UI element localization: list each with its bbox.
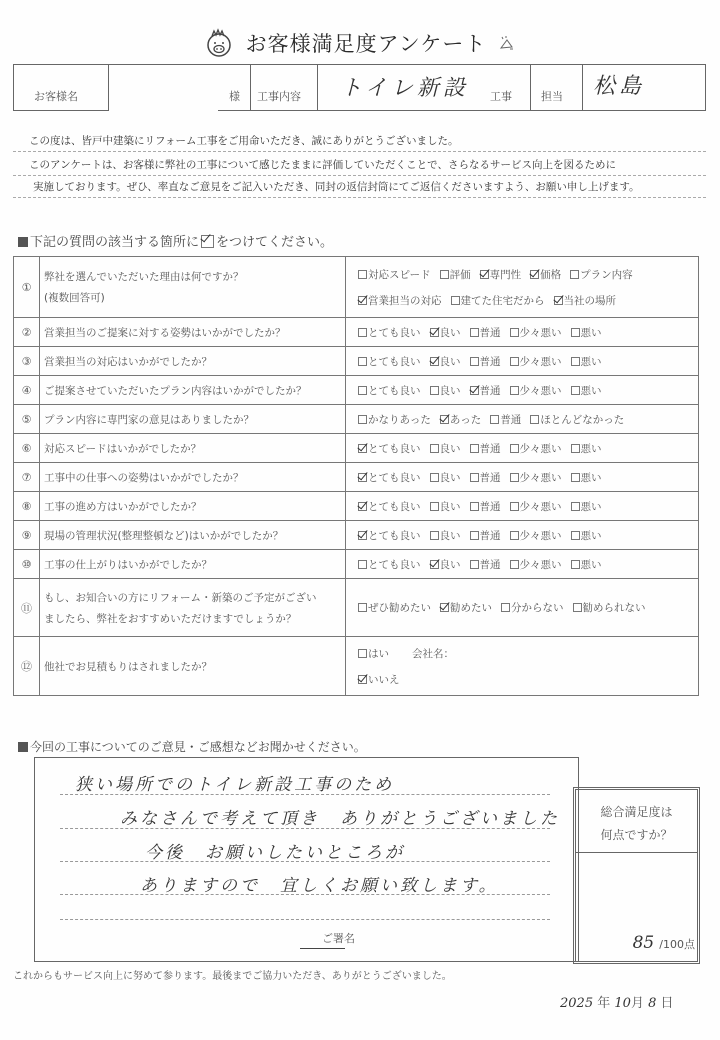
staff-field[interactable]: 松島 [582,64,706,111]
option-とても良い[interactable]: とても良い [358,354,421,369]
question-text-line: 弊社を選んでいただいた理由は何ですか？ [44,269,345,284]
boar-mascot-icon [204,28,234,58]
rule-line [60,919,550,920]
honorific-label: 様 [229,88,240,104]
staff-value: 松島 [593,69,645,100]
checkbox-checked-icon[interactable] [430,560,439,569]
option-label: 少々悪い [520,443,562,455]
option-普通[interactable]: 普通 [470,441,501,456]
question-text: 工事の進め方はいかがでしたか？ [40,492,346,521]
option-label: 悪い [581,472,602,484]
option-はい[interactable]: はい [358,646,389,661]
option-ほとんどなかった[interactable]: ほとんどなかった [530,412,624,427]
option-label: とても良い [368,356,421,368]
underline [218,110,250,111]
question-text: 他社でお見積もりはされましたか？ [40,637,346,696]
option-とても良い[interactable]: とても良い [358,470,421,485]
option-とても良い[interactable]: とても良い [358,499,421,514]
question-row: ⑤プラン内容に専門家の意見はありましたか？かなりあったあった普通ほとんどなかった [14,405,699,434]
question-number: ⑪ [14,579,40,637]
answer-options: とても良い良い普通少々悪い悪い [346,434,699,463]
question-text: 工事の仕上がりはいかがでしたか？ [40,550,346,579]
question-number: ① [14,257,40,318]
option-良い[interactable]: 良い [430,528,461,543]
option-label: 悪い [581,356,602,368]
option-label: 少々悪い [520,327,562,339]
work-content-label: 工事内容 [257,88,301,104]
checkbox-checked-icon[interactable] [358,444,367,453]
option-良い[interactable]: 良い [430,557,461,572]
option-悪い[interactable]: 悪い [571,383,602,398]
option-label: 悪い [581,327,602,339]
comments-box[interactable]: 狭い場所でのトイレ新設工事のため みなさんで考えて頂き ありがとうございました … [34,757,579,962]
option-label: 普通 [500,414,521,426]
option-少々悪い[interactable]: 少々悪い [510,470,562,485]
option-プラン内容[interactable]: プラン内容 [570,267,633,282]
question-text-line: 営業担当のご提案に対する姿勢はいかがでしたか？ [44,325,345,340]
question-row: ⑫他社でお見積もりはされましたか？はい会社名：いいえ [14,637,699,696]
question-number: ⑫ [14,637,40,696]
option-label: 建てた住宅だから [461,295,545,307]
option-悪い[interactable]: 悪い [571,499,602,514]
checkbox-icon[interactable] [451,296,460,305]
bullet-square-icon [18,742,28,752]
checkbox-icon[interactable] [358,270,367,279]
date-field[interactable]: 2025 年 10月 8 日 [560,992,674,1011]
date-day-unit: 日 [661,996,674,1011]
option-良い[interactable]: 良い [430,383,461,398]
question-text: 営業担当の対応はいかがでしたか？ [40,347,346,376]
checkbox-icon[interactable] [430,386,439,395]
question-text-line: (複数回答可) [44,290,345,305]
checkbox-icon[interactable] [470,531,479,540]
option-悪い[interactable]: 悪い [571,325,602,340]
option-会社名：: 会社名： [412,646,454,661]
question-number: ③ [14,347,40,376]
option-label: 少々悪い [520,356,562,368]
decoration-icon [498,34,516,52]
date-month-unit: 月 [631,996,644,1011]
option-建てた住宅だから[interactable]: 建てた住宅だから [451,293,545,308]
checkbox-icon[interactable] [571,328,580,337]
option-label: 普通 [480,530,501,542]
option-普通[interactable]: 普通 [470,383,501,398]
option-営業担当の対応[interactable]: 営業担当の対応 [358,293,442,308]
option-label: 良い [440,559,461,571]
checkbox-icon[interactable] [358,649,367,658]
option-label: 良い [440,443,461,455]
answer-options: とても良い良い普通少々悪い悪い [346,347,699,376]
checkbox-icon[interactable] [570,270,579,279]
question-row: ⑧工事の進め方はいかがでしたか？とても良い良い普通少々悪い悪い [14,492,699,521]
question-number: ⑤ [14,405,40,434]
option-悪い[interactable]: 悪い [571,470,602,485]
option-label: 対応スピード [368,269,431,281]
option-label: 悪い [581,559,602,571]
option-普通[interactable]: 普通 [470,470,501,485]
checkbox-icon[interactable] [430,444,439,453]
checkbox-icon[interactable] [510,560,519,569]
option-label: 良い [440,327,461,339]
option-label: 勧めたい [450,602,492,614]
answer-options: とても良い良い普通少々悪い悪い [346,521,699,550]
option-label: 普通 [480,385,501,397]
comment-line-2: みなさんで考えて頂き ありがとうございました [120,804,560,829]
option-勧められない[interactable]: 勧められない [573,600,646,615]
score-question: 総合満足度は 何点ですか？ [576,790,697,853]
option-普通[interactable]: 普通 [470,557,501,572]
question-text-line: ましたら、弊社をおすすめいただけますでしょうか？ [44,611,345,626]
checkbox-checked-icon[interactable] [430,357,439,366]
bullet-square-icon [18,237,28,247]
option-label: ぜひ勧めたい [368,602,431,614]
option-普通[interactable]: 普通 [470,528,501,543]
answer-options: ぜひ勧めたい勧めたい分からない勧められない [346,579,699,637]
checkbox-icon[interactable] [510,444,519,453]
question-text-line: 対応スピードはいかがでしたか？ [44,441,345,456]
questions-table: ①弊社を選んでいただいた理由は何ですか？(複数回答可)対応スピード評価専門性価格… [13,256,699,696]
question-number: ⑨ [14,521,40,550]
option-少々悪い[interactable]: 少々悪い [510,557,562,572]
checkbox-icon[interactable] [510,531,519,540]
checkbox-icon[interactable] [510,328,519,337]
score-value: 85 [633,933,655,953]
answer-options: とても良い良い普通少々悪い悪い [346,550,699,579]
work-content-value: トイレ新設 [340,71,469,102]
checkbox-icon[interactable] [358,415,367,424]
option-label: 会社名： [412,648,454,660]
option-普通[interactable]: 普通 [490,412,521,427]
score-field[interactable]: 85 /100点 [633,933,695,953]
option-label: あった [450,414,481,426]
checkbox-checked-icon[interactable] [470,386,479,395]
checkbox-icon[interactable] [571,386,580,395]
question-number: ⑧ [14,492,40,521]
option-label: プラン内容 [580,269,633,281]
option-label: 少々悪い [520,385,562,397]
option-とても良い[interactable]: とても良い [358,441,421,456]
comment-line-4: ありますので 宜しくお願い致します。 [140,871,499,896]
option-いいえ[interactable]: いいえ [358,672,400,687]
question-text: 弊社を選んでいただいた理由は何ですか？(複数回答可) [40,257,346,318]
option-label: 専門性 [490,269,522,281]
option-分からない[interactable]: 分からない [501,600,564,615]
date-month: 10 [614,996,631,1011]
question-number: ⑦ [14,463,40,492]
question-text-line: 現場の管理状況(整理整頓など)はいかがでしたか？ [44,528,345,543]
option-label: とても良い [368,559,421,571]
checkbox-icon[interactable] [510,473,519,482]
checkbox-icon[interactable] [470,502,479,511]
question-number: ⑥ [14,434,40,463]
checkbox-icon[interactable] [571,357,580,366]
question-text: プラン内容に専門家の意見はありましたか？ [40,405,346,434]
option-当社の場所[interactable]: 当社の場所 [554,293,617,308]
question-row: ②営業担当のご提案に対する姿勢はいかがでしたか？とても良い良い普通少々悪い悪い [14,318,699,347]
checkbox-checked-icon[interactable] [358,502,367,511]
checkbox-checked-icon[interactable] [440,603,449,612]
option-label: 少々悪い [520,559,562,571]
question-text: 工事中の仕事への姿勢はいかがでしたか？ [40,463,346,492]
option-label: 悪い [581,385,602,397]
option-label: 普通 [480,327,501,339]
option-label: とても良い [368,501,421,513]
answer-options: 対応スピード評価専門性価格プラン内容営業担当の対応建てた住宅だから当社の場所 [346,257,699,318]
option-label: 普通 [480,472,501,484]
checkbox-icon[interactable] [358,386,367,395]
option-普通[interactable]: 普通 [470,499,501,514]
date-year-unit: 年 [597,996,610,1011]
option-label: とても良い [368,530,421,542]
question-row: ③営業担当の対応はいかがでしたか？とても良い良い普通少々悪い悪い [14,347,699,376]
staff-label: 担当 [541,88,563,104]
checkbox-icon[interactable] [501,603,510,612]
option-専門性[interactable]: 専門性 [480,267,522,282]
option-悪い[interactable]: 悪い [571,557,602,572]
question-row: ①弊社を選んでいただいた理由は何ですか？(複数回答可)対応スピード評価専門性価格… [14,257,699,318]
option-label: 営業担当の対応 [368,295,442,307]
checkbox-checked-icon[interactable] [554,296,563,305]
comments-heading-text: 今回の工事についてのご意見・ご感想などお聞かせください。 [30,740,366,754]
option-良い[interactable]: 良い [430,499,461,514]
comment-line-3: 今後 お願いしたいところが [145,838,405,863]
question-text: ご提案させていただいたプラン内容はいかがでしたか？ [40,376,346,405]
heading-text-pre: 下記の質問の該当する箇所に [30,235,199,250]
option-普通[interactable]: 普通 [470,325,501,340]
question-row: ⑦工事中の仕事への姿勢はいかがでしたか？とても良い良い普通少々悪い悪い [14,463,699,492]
date-year: 2025 [560,996,593,1011]
comments-heading: 今回の工事についてのご意見・ご感想などお聞かせください。 [18,738,366,755]
checkbox-icon[interactable] [440,270,449,279]
checkbox-icon[interactable] [510,357,519,366]
checkbox-icon[interactable] [430,531,439,540]
option-label: ほとんどなかった [540,414,624,426]
checkbox-icon[interactable] [510,502,519,511]
answer-options: とても良い良い普通少々悪い悪い [346,376,699,405]
option-label: 良い [440,356,461,368]
overall-score-box: 総合満足度は 何点ですか？ 85 /100点 [573,787,700,964]
option-かなりあった[interactable]: かなりあった [358,412,431,427]
question-text-line: 工事の進め方はいかがでしたか？ [44,499,345,514]
answer-options: はい会社名：いいえ [346,637,699,696]
checkbox-icon[interactable] [430,502,439,511]
question-text: 現場の管理状況(整理整頓など)はいかがでしたか？ [40,521,346,550]
option-label: 良い [440,501,461,513]
checkbox-icon[interactable] [530,415,539,424]
option-少々悪い[interactable]: 少々悪い [510,354,562,369]
question-text: 対応スピードはいかがでしたか？ [40,434,346,463]
option-label: 普通 [480,443,501,455]
checkbox-icon[interactable] [470,560,479,569]
option-良い[interactable]: 良い [430,325,461,340]
checkbox-icon[interactable] [470,357,479,366]
checkbox-icon[interactable] [571,502,580,511]
checkbox-icon[interactable] [358,328,367,337]
option-少々悪い[interactable]: 少々悪い [510,325,562,340]
question-row: ④ご提案させていただいたプラン内容はいかがでしたか？とても良い良い普通少々悪い悪… [14,376,699,405]
intro-line-2: このアンケートは、お客様に弊社の工事について感じたままに評価していただくことで、… [13,154,706,176]
question-text-line: ご提案させていただいたプラン内容はいかがでしたか？ [44,383,345,398]
score-question-line-1: 総合満足度は [576,801,697,824]
heading-text-post: をつけてください。 [216,235,333,250]
answer-options: とても良い良い普通少々悪い悪い [346,492,699,521]
option-label: とても良い [368,443,421,455]
checkbox-icon[interactable] [470,473,479,482]
question-row: ⑥対応スピードはいかがでしたか？とても良い良い普通少々悪い悪い [14,434,699,463]
option-価格[interactable]: 価格 [530,267,561,282]
option-label: 普通 [480,356,501,368]
option-良い[interactable]: 良い [430,470,461,485]
checkbox-checked-icon[interactable] [358,531,367,540]
question-row: ⑩工事の仕上がりはいかがでしたか？とても良い良い普通少々悪い悪い [14,550,699,579]
score-suffix: /100点 [659,938,695,951]
question-text-line: プラン内容に専門家の意見はありましたか？ [44,412,345,427]
option-勧めたい[interactable]: 勧めたい [440,600,492,615]
option-label: 普通 [480,559,501,571]
answer-options: かなりあったあった普通ほとんどなかった [346,405,699,434]
checkbox-icon[interactable] [490,415,499,424]
question-row: ⑨現場の管理状況(整理整頓など)はいかがでしたか？とても良い良い普通少々悪い悪い [14,521,699,550]
option-label: 勧められない [583,602,646,614]
checkbox-icon[interactable] [430,473,439,482]
option-とても良い[interactable]: とても良い [358,325,421,340]
date-day: 8 [648,996,656,1011]
option-良い[interactable]: 良い [430,441,461,456]
question-row: ⑪もし、お知合いの方にリフォーム・新築のご予定がございましたら、弊社をおすすめい… [14,579,699,637]
option-label: 少々悪い [520,472,562,484]
staff-label-cell: 担当 [530,64,583,111]
question-text: もし、お知合いの方にリフォーム・新築のご予定がございましたら、弊社をおすすめいた… [40,579,346,637]
option-label: はい [368,648,389,660]
option-悪い[interactable]: 悪い [571,528,602,543]
option-あった[interactable]: あった [440,412,481,427]
question-text: 営業担当のご提案に対する姿勢はいかがでしたか？ [40,318,346,347]
checkbox-icon[interactable] [358,560,367,569]
page-title: お客様満足度アンケート [246,28,487,58]
option-悪い[interactable]: 悪い [571,354,602,369]
question-text-line: 他社でお見積もりはされましたか？ [44,659,345,674]
checkbox-icon[interactable] [470,328,479,337]
answer-options: とても良い良い普通少々悪い悪い [346,318,699,347]
work-content-label-cell: 様 工事内容 [250,64,318,111]
option-少々悪い[interactable]: 少々悪い [510,499,562,514]
question-text-line: 工事中の仕事への姿勢はいかがでしたか？ [44,470,345,485]
option-少々悪い[interactable]: 少々悪い [510,383,562,398]
option-悪い[interactable]: 悪い [571,441,602,456]
option-label: 少々悪い [520,501,562,513]
option-label: とても良い [368,385,421,397]
option-label: 少々悪い [520,530,562,542]
intro-line-3: 実施しております。ぜひ、率直なご意見をご記入いただき、同封の返信封筒にてご返信く… [13,176,706,198]
footer-note: これからもサービス向上に努めて参ります。最後までご協力いただき、ありがとうござい… [13,967,452,982]
option-少々悪い[interactable]: 少々悪い [510,441,562,456]
score-question-line-2: 何点ですか？ [576,824,697,847]
option-label: とても良い [368,472,421,484]
work-suffix-label: 工事 [490,88,512,104]
checkbox-checked-icon[interactable] [480,270,489,279]
checkbox-icon[interactable] [470,444,479,453]
option-label: 良い [440,385,461,397]
option-label: 悪い [581,501,602,513]
option-とても良い[interactable]: とても良い [358,528,421,543]
checkbox-checked-icon[interactable] [358,473,367,482]
question-text-line: 営業担当の対応はいかがでしたか？ [44,354,345,369]
option-対応スピード[interactable]: 対応スピード [358,267,431,282]
option-とても良い[interactable]: とても良い [358,557,421,572]
option-普通[interactable]: 普通 [470,354,501,369]
checkbox-icon[interactable] [573,603,582,612]
option-label: いいえ [368,674,400,686]
option-評価[interactable]: 評価 [440,267,471,282]
signature-label: ご署名 [322,930,355,946]
checkbox-icon[interactable] [571,531,580,540]
answer-options: とても良い良い普通少々悪い悪い [346,463,699,492]
checkbox-icon[interactable] [571,560,580,569]
option-label: とても良い [368,327,421,339]
work-content-field[interactable]: トイレ新設 工事 [317,64,531,111]
customer-name-label: お客様名 [34,88,78,104]
checkbox-icon[interactable] [571,444,580,453]
option-label: 良い [440,472,461,484]
question-text-line: 工事の仕上がりはいかがでしたか？ [44,557,345,572]
checkbox-checked-icon[interactable] [430,328,439,337]
checkbox-icon[interactable] [571,473,580,482]
option-label: 悪い [581,443,602,455]
question-number: ④ [14,376,40,405]
checkbox-checked-icon[interactable] [358,296,367,305]
option-とても良い[interactable]: とても良い [358,383,421,398]
option-良い[interactable]: 良い [430,354,461,369]
checkbox-checked-icon[interactable] [358,675,367,684]
option-label: 良い [440,530,461,542]
option-label: 悪い [581,530,602,542]
checkbox-icon[interactable] [358,357,367,366]
signature-underline[interactable] [300,948,345,949]
customer-name-label-cell: お客様名 [13,64,109,111]
option-label: 当社の場所 [564,295,617,307]
checkbox-icon[interactable] [510,386,519,395]
checkbox-checked-icon[interactable] [440,415,449,424]
checkbox-sample-icon [201,235,214,248]
comment-line-1: 狭い場所でのトイレ新設工事のため [75,770,394,795]
intro-line-1: この度は、皆戸中建築にリフォーム工事をご用命いただき、誠にありがとうございました… [13,130,706,152]
option-label: 普通 [480,501,501,513]
question-number: ② [14,318,40,347]
option-label: 評価 [450,269,471,281]
question-number: ⑩ [14,550,40,579]
option-label: 分からない [511,602,564,614]
option-label: かなりあった [368,414,431,426]
option-ぜひ勧めたい[interactable]: ぜひ勧めたい [358,600,431,615]
option-少々悪い[interactable]: 少々悪い [510,528,562,543]
title-bar: お客様満足度アンケート [0,28,720,62]
question-text-line: もし、お知合いの方にリフォーム・新築のご予定がござい [44,590,345,605]
questions-heading: 下記の質問の該当する箇所にをつけてください。 [18,231,333,250]
option-label: 価格 [540,269,561,281]
checkbox-icon[interactable] [358,603,367,612]
checkbox-checked-icon[interactable] [530,270,539,279]
